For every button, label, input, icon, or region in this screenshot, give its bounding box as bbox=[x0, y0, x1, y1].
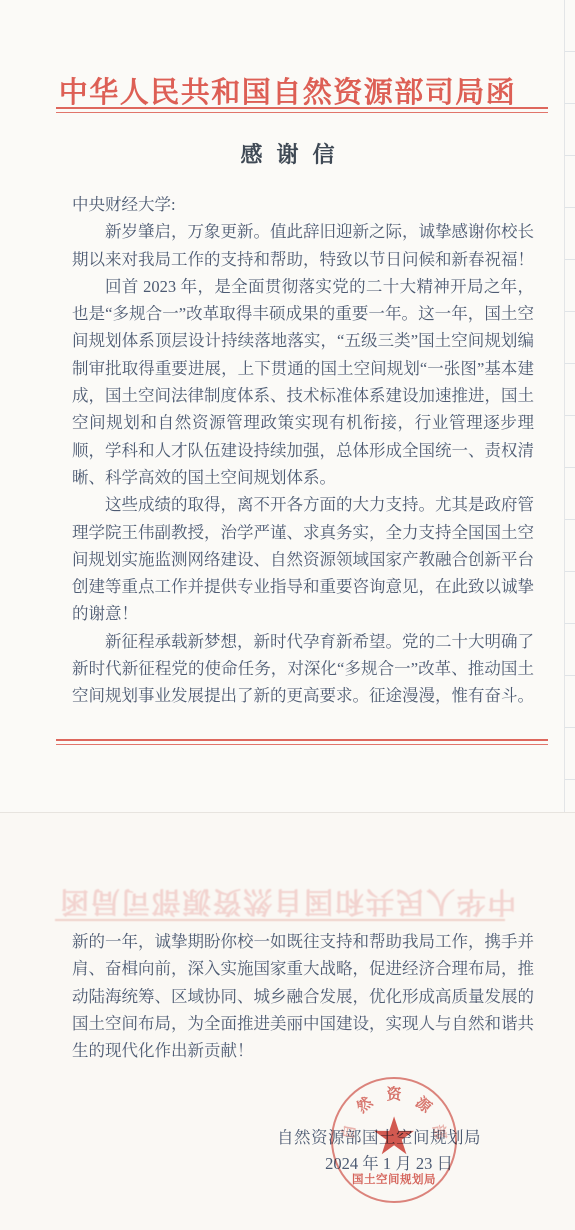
letter-body-page-2: 新的一年，诚挚期盼你校一如既往支持和帮助我局工作，携手并肩、奋楫向前，深入实施国… bbox=[72, 928, 534, 1064]
seal-arc-char: 部 bbox=[428, 1122, 449, 1143]
seal-arc-char: 资 bbox=[385, 1086, 403, 1104]
paragraph: 新征程承载新梦想，新时代孕育新希望。党的二十大明确了新时代新征程党的使命任务，对… bbox=[72, 628, 534, 710]
bleed-through-header: 中华人民共和国自然资源部司局函 bbox=[0, 883, 575, 924]
official-seal: ★ 自 然 资 源 部 国土空间规划局 bbox=[331, 1077, 457, 1203]
letter-title: 感谢信 bbox=[0, 138, 575, 169]
paragraph: 回首 2023 年，是全面贯彻落实党的二十大精神开局之年，也是“多规合一”改革取… bbox=[72, 273, 534, 491]
paragraph: 新的一年，诚挚期盼你校一如既往支持和帮助我局工作，携手并肩、奋楫向前，深入实施国… bbox=[72, 928, 534, 1064]
seal-arc-char: 自 bbox=[339, 1122, 360, 1143]
seal-star-icon: ★ bbox=[371, 1111, 418, 1163]
bleed-through-rule bbox=[55, 919, 505, 921]
paragraph: 这些成绩的取得，离不开各方面的大力支持。尤其是政府管理学院王伟副教授，治学严谨、… bbox=[72, 491, 534, 627]
seal-bottom-text: 国土空间规划局 bbox=[333, 1171, 455, 1187]
letter-body-page-1: 中央财经大学: 新岁肇启，万象更新。值此辞旧迎新之际，诚挚感谢你校长期以来对我局… bbox=[72, 191, 534, 710]
page1-footer-rule bbox=[56, 739, 548, 745]
scanned-letter: 中华人民共和国自然资源部司局函 感谢信 中央财经大学: 新岁肇启，万象更新。值此… bbox=[0, 0, 575, 1230]
letterhead-rule bbox=[56, 107, 548, 113]
salutation: 中央财经大学: bbox=[72, 191, 534, 218]
paragraph: 新岁肇启，万象更新。值此辞旧迎新之际，诚挚感谢你校长期以来对我局工作的支持和帮助… bbox=[72, 218, 534, 273]
letterhead-org-title: 中华人民共和国自然资源部司局函 bbox=[0, 70, 575, 111]
